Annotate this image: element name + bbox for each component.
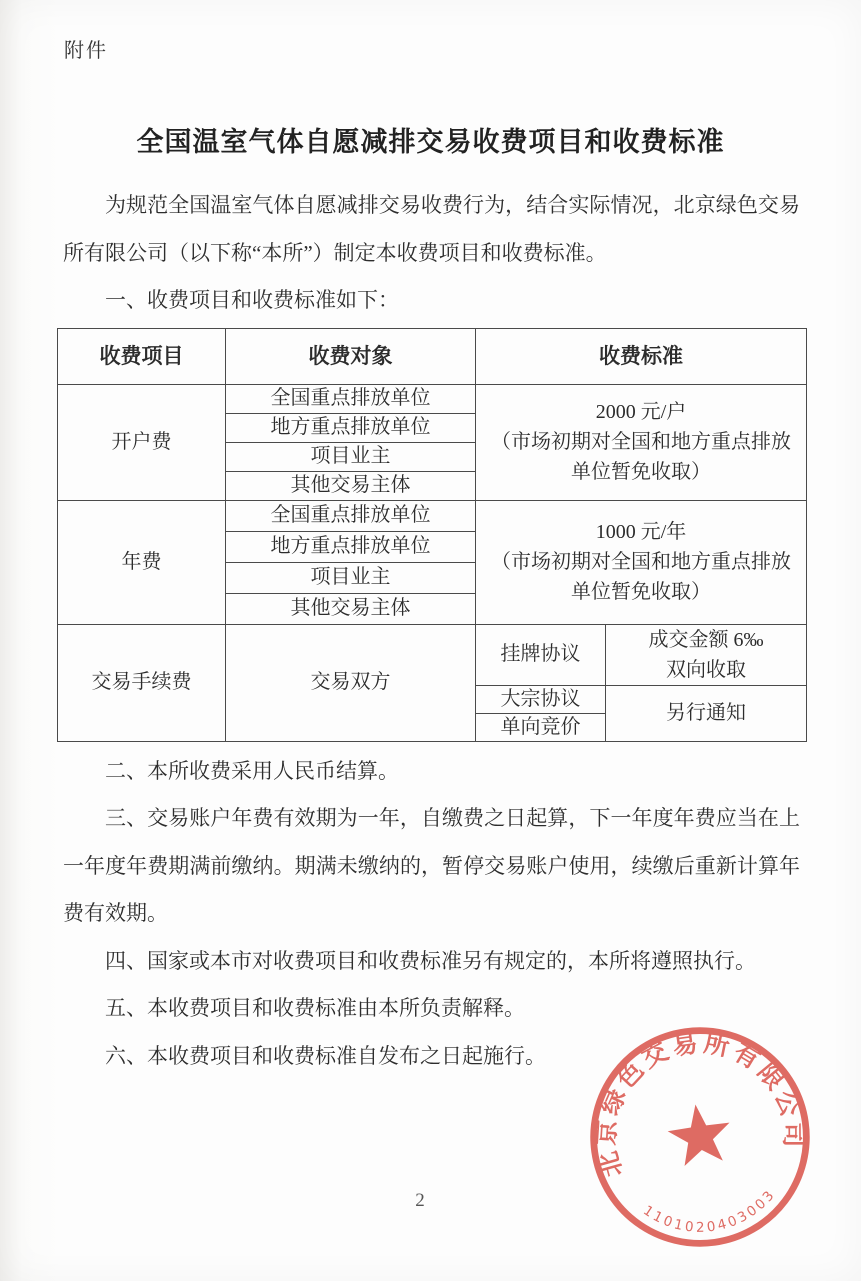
cell-annual-fee-standard: 1000 元/年 （市场初期对全国和地方重点排放单位暂免收取）: [476, 500, 807, 624]
listing-standard-line2: 双向收取: [612, 655, 800, 685]
cell-target: 其他交易主体: [226, 593, 476, 624]
cell-auction-method: 单向竞价: [476, 713, 606, 741]
section-one-heading: 一、收费项目和收费标准如下：: [63, 277, 800, 325]
page-number: 2: [0, 1190, 840, 1212]
attachment-label: 附件: [64, 34, 108, 63]
cell-target: 地方重点排放单位: [226, 531, 476, 562]
cell-transaction-fee-target: 交易双方: [226, 624, 476, 741]
document-body: 为规范全国温室气体自愿减排交易收费行为，结合实际情况，北京绿色交易所有限公司（以…: [63, 182, 800, 1080]
clauses: 二、本所收费采用人民币结算。 三、交易账户年费有效期为一年，自缴费之日起算，下一…: [63, 748, 800, 1081]
table-row: 年费 全国重点排放单位 1000 元/年 （市场初期对全国和地方重点排放单位暂免…: [58, 500, 807, 531]
standard-note: （市场初期对全国和地方重点排放单位暂免收取）: [482, 547, 800, 607]
cell-account-opening-item: 开户费: [58, 384, 226, 500]
clause-2: 二、本所收费采用人民币结算。: [63, 748, 800, 796]
table-row: 开户费 全国重点排放单位 2000 元/户 （市场初期对全国和地方重点排放单位暂…: [58, 384, 807, 413]
cell-target: 项目业主: [226, 562, 476, 593]
cell-target: 项目业主: [226, 442, 476, 471]
cell-block-method: 大宗协议: [476, 685, 606, 713]
standard-main: 1000 元/年: [482, 517, 800, 547]
header-fee-target: 收费对象: [226, 328, 476, 384]
cell-target: 全国重点排放单位: [226, 500, 476, 531]
cell-target: 地方重点排放单位: [226, 413, 476, 442]
seal-star-icon: [665, 1100, 735, 1168]
document-page: 附件 全国温室气体自愿减排交易收费项目和收费标准 为规范全国温室气体自愿减排交易…: [0, 0, 861, 1281]
cell-other-standard: 另行通知: [606, 685, 807, 741]
cell-target: 其他交易主体: [226, 471, 476, 500]
header-fee-item: 收费项目: [58, 328, 226, 384]
cell-annual-fee-item: 年费: [58, 500, 226, 624]
standard-main: 2000 元/户: [482, 397, 800, 427]
cell-target: 全国重点排放单位: [226, 384, 476, 413]
cell-listing-method: 挂牌协议: [476, 624, 606, 685]
table-row: 交易手续费 交易双方 挂牌协议 成交金额 6‰ 双向收取: [58, 624, 807, 685]
header-fee-standard: 收费标准: [476, 328, 807, 384]
clause-5: 五、本收费项目和收费标准由本所负责解释。: [63, 985, 800, 1033]
clause-6: 六、本收费项目和收费标准自发布之日起施行。: [63, 1033, 800, 1081]
document-title: 全国温室气体自愿减排交易收费项目和收费标准: [0, 120, 861, 159]
fee-table: 收费项目 收费对象 收费标准 开户费 全国重点排放单位 2000 元/户 （市场…: [57, 328, 807, 742]
standard-note: （市场初期对全国和地方重点排放单位暂免收取）: [482, 427, 800, 487]
clause-4: 四、国家或本市对收费项目和收费标准另有规定的，本所将遵照执行。: [63, 938, 800, 986]
fee-table-header-row: 收费项目 收费对象 收费标准: [58, 328, 807, 384]
listing-standard-line1: 成交金额 6‰: [612, 625, 800, 655]
clause-3: 三、交易账户年费有效期为一年，自缴费之日起算，下一年度年费应当在上一年度年费期满…: [63, 795, 800, 938]
cell-listing-standard: 成交金额 6‰ 双向收取: [606, 624, 807, 685]
cell-transaction-fee-item: 交易手续费: [58, 624, 226, 741]
cell-account-opening-standard: 2000 元/户 （市场初期对全国和地方重点排放单位暂免收取）: [476, 384, 807, 500]
intro-paragraph: 为规范全国温室气体自愿减排交易收费行为，结合实际情况，北京绿色交易所有限公司（以…: [63, 182, 800, 277]
